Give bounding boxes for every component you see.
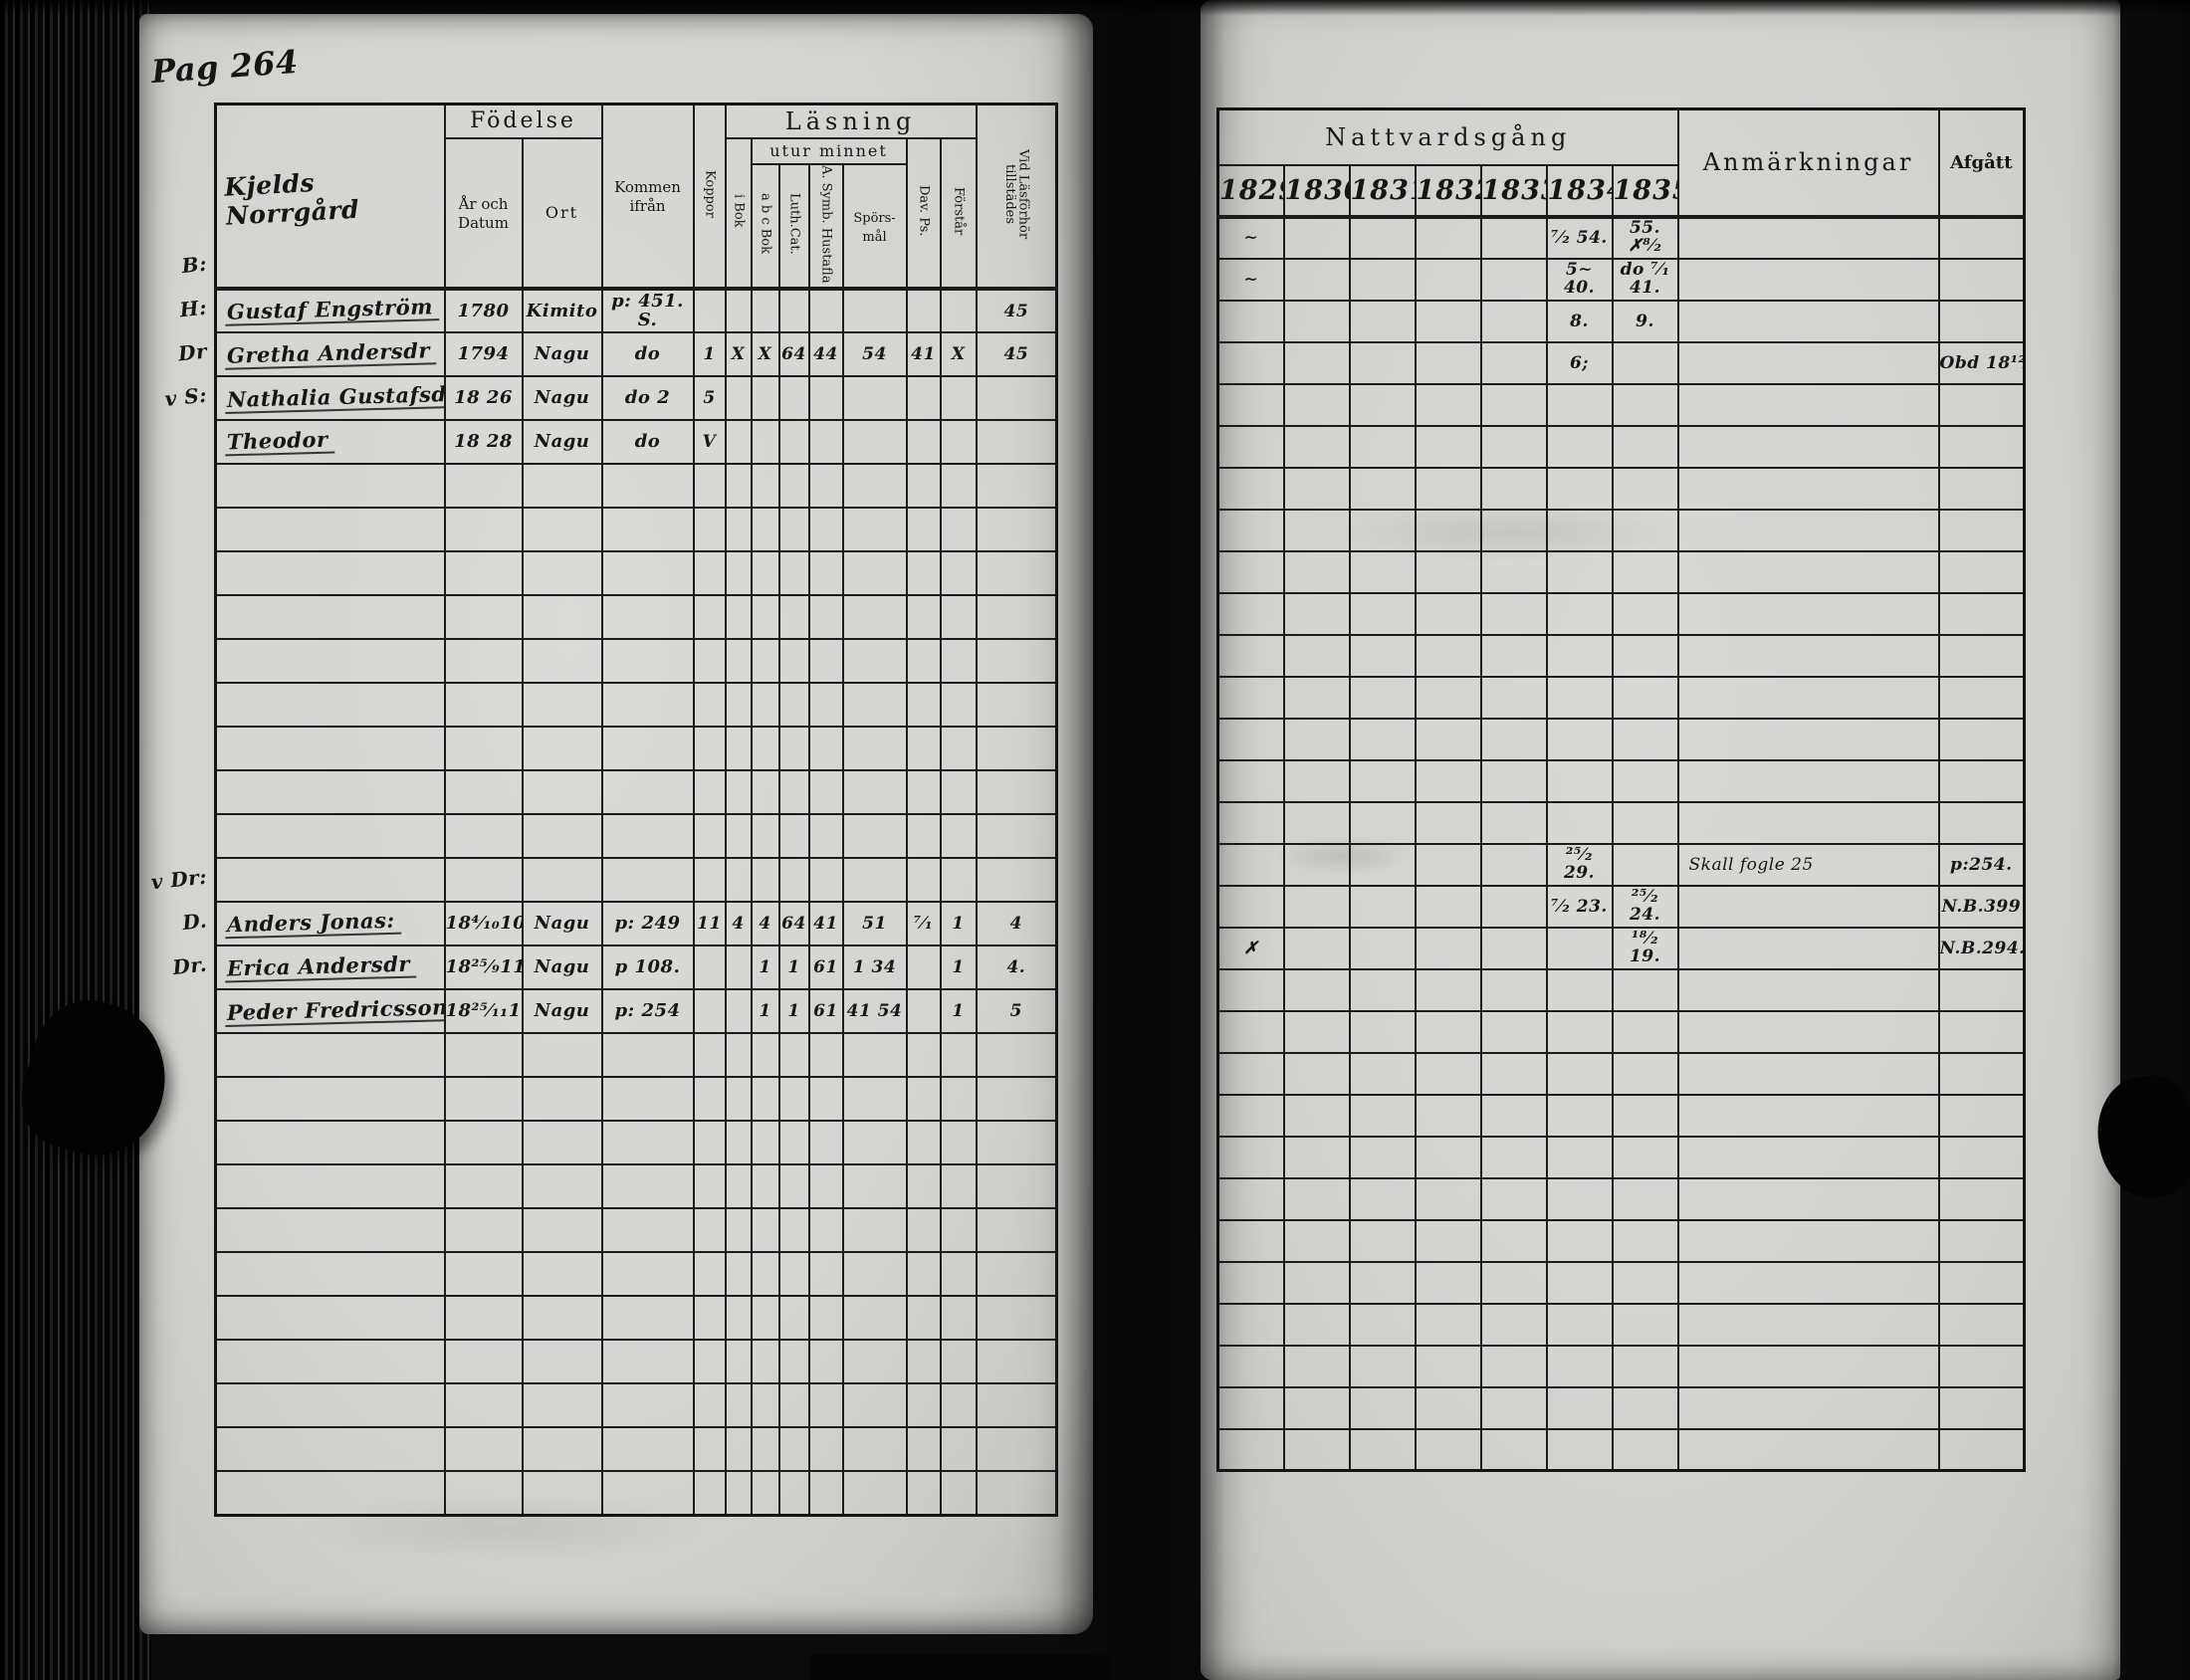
communion-cell-anm [1678,1220,1939,1262]
register-cell-symb [809,595,843,639]
communion-cell-y1829 [1218,844,1284,886]
register-cell-abc [752,376,779,420]
communion-cell-y1832 [1416,969,1481,1011]
col-header-ort: Ort [523,138,602,290]
communion-row [1218,1011,2025,1053]
communion-cell-y1830 [1284,426,1350,468]
register-cell-kommen: p: 254 [602,989,694,1033]
register-cell-forstar [941,1340,977,1383]
communion-cell-y1831 [1350,1178,1416,1220]
communion-cell-y1835 [1613,468,1678,510]
register-cell-luth [779,639,809,683]
communion-cell-y1830 [1284,384,1350,426]
communion-cell-y1834 [1547,969,1613,1011]
register-cell-name: Anders Jonas: [216,902,445,945]
communion-cell-afgatt [1939,1346,2025,1387]
col-header-vid-lasforhor: Vid Läsförhör tillstädes [977,105,1057,290]
register-cell-davps [907,551,941,595]
communion-cell-afgatt [1939,1137,2025,1178]
communion-cell-y1829 [1218,551,1284,593]
register-cell-ibok [726,1383,752,1427]
register-cell-name [216,1164,445,1208]
handwritten-entry: 1 34 [853,959,896,977]
register-cell-spors: 51 [843,902,907,945]
register-cell-davps: 41 [907,332,941,376]
register-row [216,1252,1057,1296]
communion-cell-y1833 [1481,1262,1547,1304]
communion-cell-y1829: ∼ [1218,259,1284,301]
register-cell-ort: Nagu [523,902,602,945]
register-cell-forstar [941,376,977,420]
communion-cell-y1831 [1350,1137,1416,1178]
handwritten-entry: 1780 [457,303,509,321]
register-cell-forstar [941,858,977,902]
register-cell-ibok [726,1208,752,1252]
register-cell-koppor [694,989,726,1033]
communion-cell-y1832 [1416,217,1481,259]
communion-cell-y1831 [1350,802,1416,844]
communion-cell-anm [1678,301,1939,342]
register-cell-ibok [726,420,752,464]
communion-cell-y1830 [1284,1346,1350,1387]
handwritten-entry: 18 28 [454,433,513,452]
communion-cell-y1835 [1613,1346,1678,1387]
col-header-year-1830: 1830 [1284,165,1350,217]
communion-cell-y1833 [1481,342,1547,384]
name-column-header: Kjelds Norrgård [216,105,445,290]
communion-cell-afgatt [1939,719,2025,760]
communion-cell-y1832 [1416,677,1481,719]
register-cell-ibok [726,770,752,814]
communion-cell-y1830 [1284,677,1350,719]
handwritten-entry: X [759,346,772,364]
communion-cell-afgatt: N.B.294. [1939,928,2025,969]
register-cell-kommen [602,464,694,508]
register-cell-luth [779,464,809,508]
register-cell-ort [523,1077,602,1121]
communion-cell-y1832 [1416,719,1481,760]
register-cell-vid [977,1077,1057,1121]
farm-name-handwritten: Kjelds Norrgård [224,161,445,230]
communion-cell-y1833 [1481,1387,1547,1429]
communion-cell-y1832 [1416,426,1481,468]
communion-cell-afgatt [1939,677,2025,719]
register-cell-symb [809,464,843,508]
register-cell-vid: 45 [977,332,1057,376]
register-cell-vid [977,420,1057,464]
communion-cell-y1832 [1416,1011,1481,1053]
handwritten-entry: N.B.294. [1940,941,2025,958]
communion-cell-y1834 [1547,551,1613,593]
communion-cell-y1833 [1481,1178,1547,1220]
handwritten-entry: ⁷⁄₂ 54. [1551,230,1608,248]
register-cell-kommen [602,1296,694,1340]
communion-cell-y1829 [1218,301,1284,342]
register-cell-abc [752,1471,779,1515]
communion-cell-y1832 [1416,760,1481,802]
register-cell-spors [843,1383,907,1427]
register-row: Peder Fredricsson18²⁵⁄₁₁16Nagup: 2541161… [216,989,1057,1033]
communion-cell-y1830 [1284,969,1350,1011]
register-cell-name [216,727,445,770]
communion-cell-y1830 [1284,301,1350,342]
register-cell-ort [523,508,602,551]
communion-cell-y1833 [1481,593,1547,635]
register-cell-vid [977,1471,1057,1515]
register-cell-name [216,1208,445,1252]
handwritten-entry: 18⁴⁄₁₀10 [446,915,523,934]
communion-cell-afgatt [1939,217,2025,259]
register-cell-ibok [726,376,752,420]
handwritten-entry: ⁷⁄₁ [914,916,933,934]
handwritten-entry: p: 451. S. [603,293,693,330]
register-cell-kommen [602,1252,694,1296]
register-cell-kommen [602,1340,694,1383]
register-cell-koppor [694,858,726,902]
register-cell-forstar [941,1208,977,1252]
handwritten-entry: 8. [1570,314,1589,331]
register-cell-ibok [726,858,752,902]
handwritten-entry: 1 [952,1003,964,1021]
register-cell-luth [779,595,809,639]
communion-cell-y1831 [1350,551,1416,593]
register-cell-koppor: 5 [694,376,726,420]
register-cell-abc [752,727,779,770]
communion-cell-y1830 [1284,217,1350,259]
register-cell-ibok [726,1340,752,1383]
communion-row [1218,635,2025,677]
communion-row: 6;Obd 18¹²⁄₄₄ [1218,342,2025,384]
register-cell-koppor [694,727,726,770]
handwritten-entry: ²⁵⁄₂ 24. [1614,889,1677,925]
register-cell-ibok [726,1121,752,1164]
register-cell-koppor [694,1077,726,1121]
communion-cell-y1834 [1547,384,1613,426]
register-cell-kommen [602,1208,694,1252]
register-cell-kommen [602,1033,694,1077]
handwritten-entry: do 2 [625,389,670,408]
register-cell-symb [809,1427,843,1471]
communion-cell-y1830 [1284,1053,1350,1095]
register-row [216,639,1057,683]
register-cell-spors [843,1164,907,1208]
communion-cell-y1832 [1416,1346,1481,1387]
communion-cell-y1829 [1218,1346,1284,1387]
register-cell-luth: 1 [779,989,809,1033]
register-cell-spors [843,1471,907,1515]
register-cell-ort [523,1471,602,1515]
handwritten-entry: 4 [732,916,744,934]
register-cell-kommen [602,727,694,770]
communion-cell-y1835 [1613,1387,1678,1429]
register-cell-ibok [726,551,752,595]
register-row: Gustaf Engström1780Kimitop: 451. S.45 [216,289,1057,332]
communion-cell-y1831 [1350,928,1416,969]
register-cell-luth [779,376,809,420]
handwritten-entry: p: 249 [614,915,680,934]
register-row: Theodor18 28NagudoV [216,420,1057,464]
communion-cell-y1833 [1481,1346,1547,1387]
communion-cell-y1835 [1613,384,1678,426]
register-cell-abc [752,639,779,683]
communion-cell-y1834 [1547,510,1613,551]
register-cell-ibok [726,727,752,770]
communion-cell-y1833 [1481,1095,1547,1137]
communion-cell-y1833 [1481,259,1547,301]
register-cell-name [216,1296,445,1340]
register-cell-name [216,1427,445,1471]
communion-cell-y1831 [1350,510,1416,551]
col-header-a-symb-hustafla: A. Symb. Hustafla [809,164,843,290]
register-cell-davps [907,289,941,332]
handwritten-entry: 64 [781,346,806,364]
register-cell-luth [779,1121,809,1164]
register-cell-ort [523,1383,602,1427]
register-cell-ibok [726,595,752,639]
communion-cell-anm [1678,1262,1939,1304]
register-cell-ibok [726,989,752,1033]
book-right-edge [2112,0,2190,1680]
communion-cell-y1835 [1613,1178,1678,1220]
handwritten-entry: 4 [1010,916,1022,934]
communion-cell-anm [1678,468,1939,510]
communion-cell-y1835 [1613,1137,1678,1178]
register-cell-spors [843,814,907,858]
register-cell-datum [445,1033,523,1077]
register-cell-vid [977,683,1057,727]
handwritten-entry: 18²⁵⁄₁₁16 [446,1002,523,1021]
handwritten-entry: Peder Fredricsson [225,996,445,1027]
register-cell-forstar [941,464,977,508]
col-header-koppor: Koppor [694,105,726,290]
register-cell-luth [779,1208,809,1252]
communion-cell-y1832 [1416,1304,1481,1346]
register-cell-spors [843,1296,907,1340]
communion-cell-y1833 [1481,886,1547,928]
handwritten-entry: 1 [952,959,964,977]
communion-cell-y1831 [1350,593,1416,635]
handwritten-entry: 5 [1010,1003,1022,1021]
register-cell-davps [907,1208,941,1252]
communion-cell-y1831 [1350,259,1416,301]
register-cell-davps [907,1121,941,1164]
register-cell-symb [809,1033,843,1077]
handwritten-entry: Gustaf Engström [225,296,440,326]
communion-cell-afgatt [1939,760,2025,802]
register-cell-spors [843,727,907,770]
register-cell-ibok [726,289,752,332]
register-cell-vid [977,551,1057,595]
register-cell-ibok: X [726,332,752,376]
register-cell-luth [779,551,809,595]
register-cell-luth [779,289,809,332]
register-cell-spors [843,1077,907,1121]
communion-cell-y1835 [1613,969,1678,1011]
handwritten-entry: Obd 18¹²⁄₄₄ [1940,355,2025,373]
communion-cell-y1835 [1613,510,1678,551]
register-cell-datum: 18 26 [445,376,523,420]
register-row [216,1033,1057,1077]
handwritten-entry: 44 [813,346,838,364]
communion-cell-y1834 [1547,1220,1613,1262]
communion-cell-y1830 [1284,1429,1350,1471]
register-cell-ort [523,858,602,902]
communion-row: ²⁵⁄₂ 29.Skall fogle 25p:254. [1218,844,2025,886]
register-cell-forstar [941,770,977,814]
col-header-year-1834: 1834 [1547,165,1613,217]
communion-row: ∼⁷⁄₂ 54.55. ✗⁸⁄₂ [1218,217,2025,259]
register-cell-davps [907,1164,941,1208]
col-header-afgatt: Afgått [1939,109,2025,217]
communion-cell-y1835 [1613,844,1678,886]
register-cell-vid: 5 [977,989,1057,1033]
communion-cell-y1833 [1481,719,1547,760]
communion-cell-anm [1678,510,1939,551]
register-cell-symb [809,858,843,902]
register-cell-vid [977,858,1057,902]
register-cell-forstar [941,1252,977,1296]
communion-cell-y1831 [1350,1429,1416,1471]
communion-cell-y1833 [1481,1011,1547,1053]
register-cell-forstar [941,289,977,332]
register-cell-datum [445,508,523,551]
communion-cell-y1829 [1218,1053,1284,1095]
handwritten-entry: Nagu [535,389,590,408]
register-cell-symb [809,1471,843,1515]
communion-cell-y1835 [1613,1304,1678,1346]
communion-cell-y1832 [1416,886,1481,928]
communion-cell-y1829 [1218,384,1284,426]
register-cell-spors [843,1252,907,1296]
communion-cell-afgatt: Obd 18¹²⁄₄₄ [1939,342,2025,384]
register-cell-luth [779,1033,809,1077]
communion-cell-anm [1678,1429,1939,1471]
register-cell-abc [752,508,779,551]
communion-cell-y1834 [1547,1387,1613,1429]
communion-cell-y1829 [1218,1011,1284,1053]
communion-cell-y1835 [1613,1262,1678,1304]
register-cell-koppor [694,945,726,989]
register-cell-symb [809,639,843,683]
communion-cell-y1829 [1218,1220,1284,1262]
communion-cell-afgatt [1939,802,2025,844]
register-cell-name: Gustaf Engström [216,289,445,332]
communion-cell-y1832 [1416,1220,1481,1262]
register-cell-symb: 41 [809,902,843,945]
register-cell-ort [523,595,602,639]
register-cell-datum [445,1340,523,1383]
register-cell-abc: 1 [752,989,779,1033]
communion-cell-y1834: ⁷⁄₂ 23. [1547,886,1613,928]
handwritten-entry: 45 [1004,304,1029,321]
communion-cell-y1830 [1284,635,1350,677]
communion-cell-afgatt [1939,426,2025,468]
communion-cell-y1834 [1547,468,1613,510]
register-cell-symb [809,1208,843,1252]
register-cell-symb [809,1296,843,1340]
register-cell-forstar [941,1121,977,1164]
communion-cell-y1831 [1350,635,1416,677]
communion-cell-y1830 [1284,802,1350,844]
register-cell-abc [752,770,779,814]
register-cell-forstar [941,814,977,858]
communion-cell-y1830 [1284,1011,1350,1053]
communion-cell-anm [1678,551,1939,593]
communion-cell-y1835: 55. ✗⁸⁄₂ [1613,217,1678,259]
communion-cell-y1835 [1613,760,1678,802]
register-cell-kommen [602,1471,694,1515]
register-cell-forstar [941,1427,977,1471]
communion-cell-y1830 [1284,593,1350,635]
handwritten-entry: Erica Andersdr [225,952,417,982]
communion-cell-y1833 [1481,677,1547,719]
register-cell-davps [907,595,941,639]
communion-cell-y1833 [1481,1429,1547,1471]
register-cell-koppor [694,1471,726,1515]
register-cell-ort [523,551,602,595]
register-cell-davps [907,420,941,464]
register-cell-forstar [941,1383,977,1427]
handwritten-entry: do [635,345,661,364]
communion-cell-y1834 [1547,1262,1613,1304]
register-cell-ort: Nagu [523,420,602,464]
communion-cell-y1829 [1218,510,1284,551]
communion-cell-y1833 [1481,1220,1547,1262]
communion-cell-y1829 [1218,1304,1284,1346]
col-header-dav-ps: Dav. Ps. [907,138,941,290]
register-cell-symb [809,420,843,464]
register-cell-forstar: 1 [941,945,977,989]
communion-row: ⁷⁄₂ 23.²⁵⁄₂ 24.N.B.399 [1218,886,2025,928]
communion-cell-y1834 [1547,1053,1613,1095]
register-cell-datum [445,770,523,814]
handwritten-entry: 45 [1004,346,1029,364]
col-header-fodelse: Födelse [445,105,602,138]
register-cell-ort [523,1296,602,1340]
handwritten-entry: ∼ [1243,230,1258,248]
register-row [216,1471,1057,1515]
register-cell-datum [445,464,523,508]
col-header-year-1831: 1831 [1350,165,1416,217]
register-row: Anders Jonas:18⁴⁄₁₀10Nagup: 249114464415… [216,902,1057,945]
register-cell-ort [523,1033,602,1077]
communion-row [1218,1095,2025,1137]
communion-cell-y1833 [1481,760,1547,802]
register-cell-davps [907,770,941,814]
register-cell-symb [809,289,843,332]
communion-cell-y1833 [1481,426,1547,468]
register-cell-kommen [602,508,694,551]
communion-row [1218,551,2025,593]
communion-cell-y1829 [1218,426,1284,468]
communion-cell-y1829: ✗ [1218,928,1284,969]
register-cell-spors [843,508,907,551]
communion-cell-anm [1678,1137,1939,1178]
communion-cell-y1834: 5∼ 40. [1547,259,1613,301]
communion-cell-afgatt [1939,468,2025,510]
communion-cell-y1835: ²⁵⁄₂ 24. [1613,886,1678,928]
handwritten-entry: 61 [813,959,838,977]
register-cell-koppor [694,289,726,332]
communion-cell-anm [1678,1387,1939,1429]
register-cell-davps [907,639,941,683]
communion-cell-y1835: 9. [1613,301,1678,342]
register-cell-koppor [694,1164,726,1208]
register-row [216,1121,1057,1164]
communion-cell-anm: Skall fogle 25 [1678,844,1939,886]
register-row [216,1340,1057,1383]
communion-row [1218,426,2025,468]
